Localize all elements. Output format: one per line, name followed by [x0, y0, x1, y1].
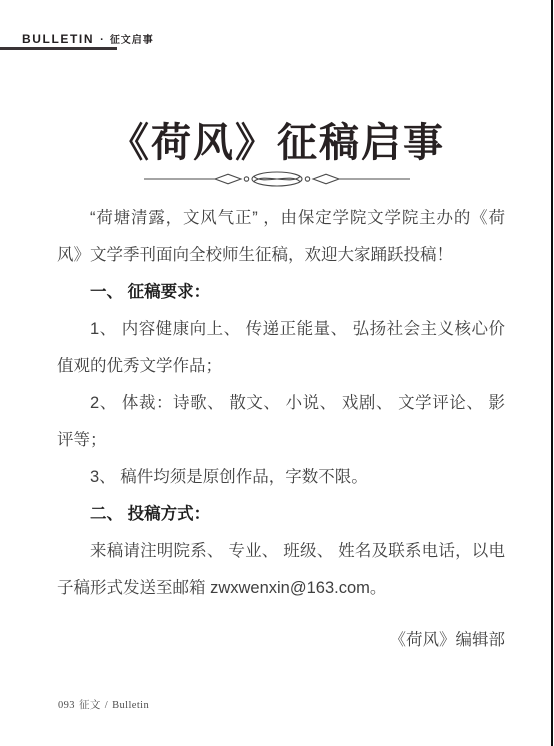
page-footer: 093 征文 / Bulletin — [58, 697, 149, 712]
page-number: 093 — [58, 700, 75, 711]
header-underline-bar — [0, 47, 117, 50]
paragraph-requirement-1: 1、 内容健康向上、 传递正能量、 弘扬社会主义核心价值观的优秀文学作品； — [57, 311, 505, 385]
header-section-label: 征文启事 — [110, 31, 154, 46]
bulletin-wordmark: BULLETIN — [22, 32, 94, 46]
signature: 《荷风》编辑部 — [57, 622, 505, 659]
paragraph-intro: “荷塘清露，文风气正” ，由保定学院文学院主办的《荷风》文学季刊面向全校师生征稿… — [57, 200, 505, 274]
article-body: “荷塘清露，文风气正” ，由保定学院文学院主办的《荷风》文学季刊面向全校师生征稿… — [57, 200, 505, 607]
divider-flourish-icon — [144, 168, 410, 190]
footer-separator: / — [105, 700, 108, 711]
section-heading-submission: 二、 投稿方式： — [57, 496, 505, 533]
section-heading-requirements: 一、 征稿要求： — [57, 274, 505, 311]
header-separator-dot: · — [100, 34, 104, 46]
magazine-page: BULLETIN · 征文启事 《荷风》征稿启事 “荷塘清露，文风气正” ，由保… — [0, 0, 554, 746]
footer-section-cn: 征文 — [79, 697, 101, 712]
ornamental-divider — [0, 168, 554, 190]
paragraph-requirement-2: 2、 体裁：诗歌、 散文、 小说、 戏剧、 文学评论、 影评等； — [57, 385, 505, 459]
paragraph-requirement-3: 3、 稿件均须是原创作品，字数不限。 — [57, 459, 505, 496]
page-header: BULLETIN · 征文启事 — [22, 31, 154, 46]
paragraph-submission: 来稿请注明院系、 专业、 班级、 姓名及联系电话，以电子稿形式发送至邮箱 zwx… — [57, 533, 505, 607]
article-title: 《荷风》征稿启事 — [0, 111, 554, 168]
footer-section-en: Bulletin — [112, 700, 149, 711]
